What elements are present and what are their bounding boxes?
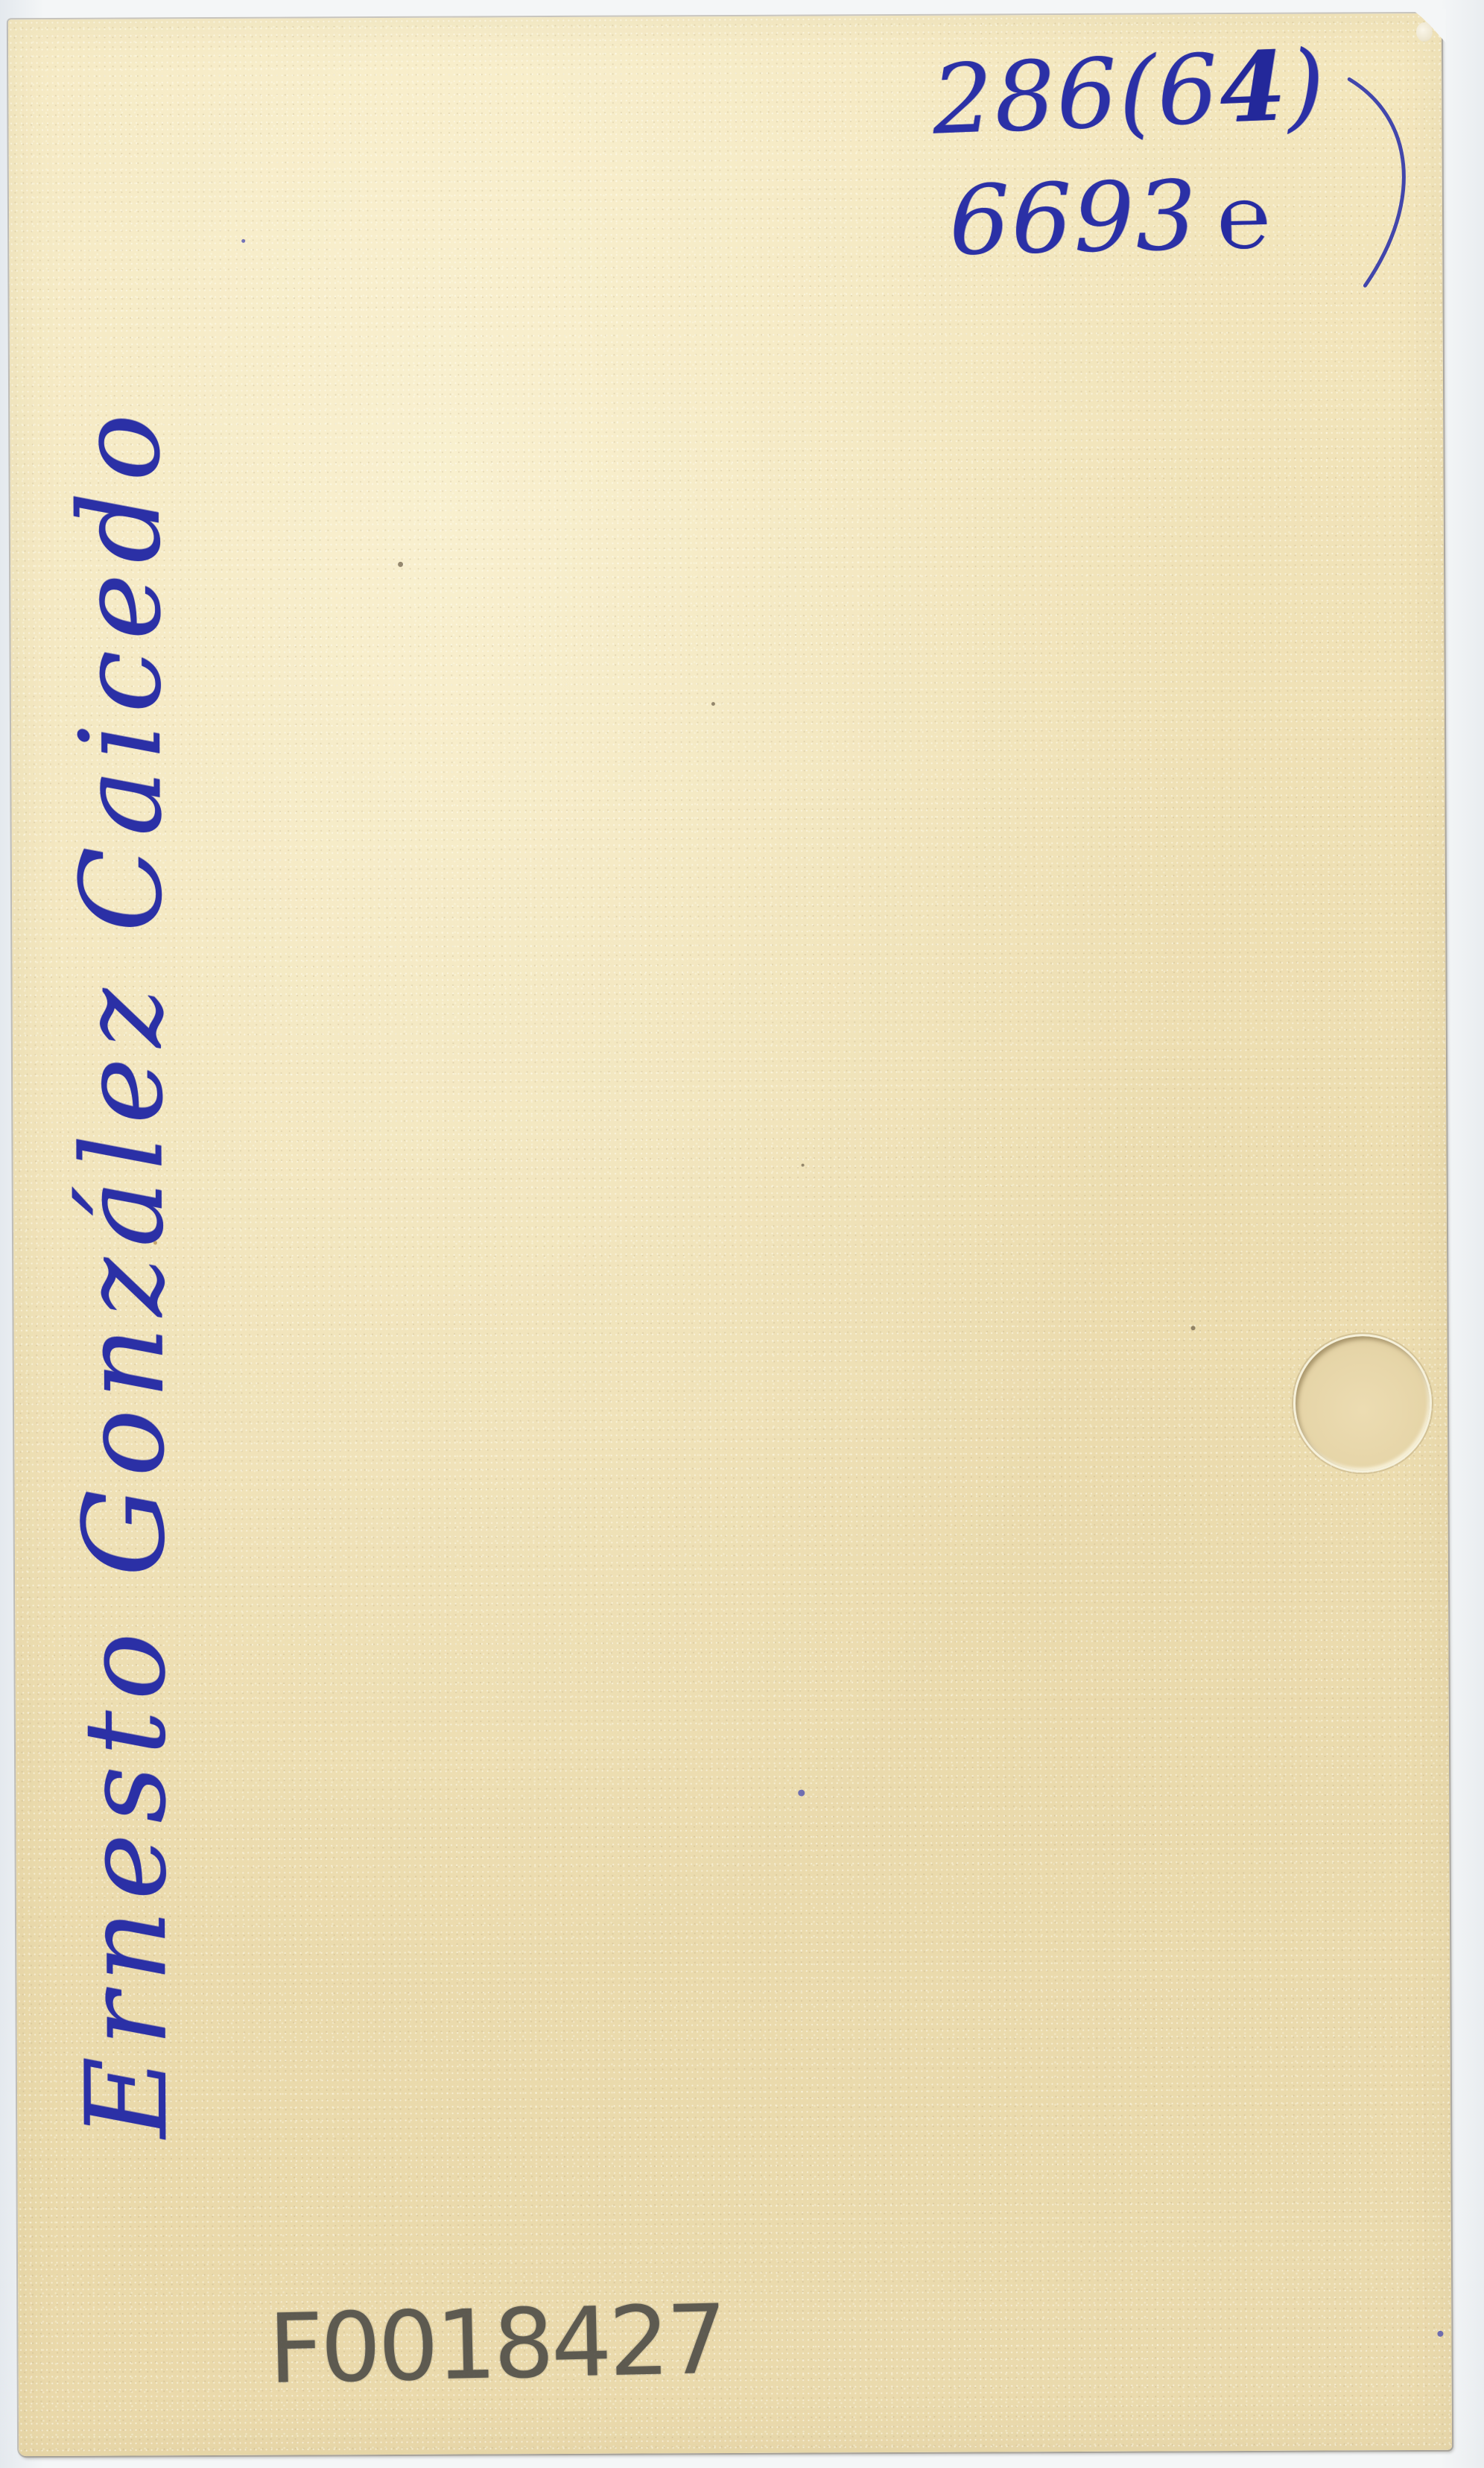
frayed-corner-fibers: [1416, 22, 1433, 42]
stain-speck: [153, 1241, 157, 1244]
dirt-speck: [711, 702, 715, 706]
ink-speck: [798, 1790, 805, 1797]
circled-e-mark-icon: ℮: [1216, 172, 1272, 262]
reference-line-1: 286(64): [930, 34, 1411, 149]
dirt-speck: [1191, 1326, 1196, 1330]
reference-line-2-text: 6693: [948, 160, 1199, 276]
reference-numbers: 286(64) 6693℮: [932, 51, 1410, 270]
ink-speck: [1437, 2331, 1443, 2337]
dirt-speck: [802, 1164, 805, 1167]
ink-speck: [241, 239, 245, 243]
reference-line-1-overwritten-digit: 4: [1217, 31, 1290, 145]
name-text: Ernesto González Caicedo: [64, 403, 183, 2138]
punch-hole: [1296, 1336, 1430, 1471]
reference-line-2: 6693℮: [948, 164, 1411, 269]
accession-number: F0018427: [267, 2293, 725, 2398]
card-back: 286(64) 6693℮ Ernesto González Caicedo F…: [8, 13, 1452, 2456]
reference-line-1-suffix: ): [1285, 30, 1328, 142]
dirt-speck: [398, 562, 403, 567]
reference-line-1-prefix: 286(6: [930, 34, 1221, 156]
